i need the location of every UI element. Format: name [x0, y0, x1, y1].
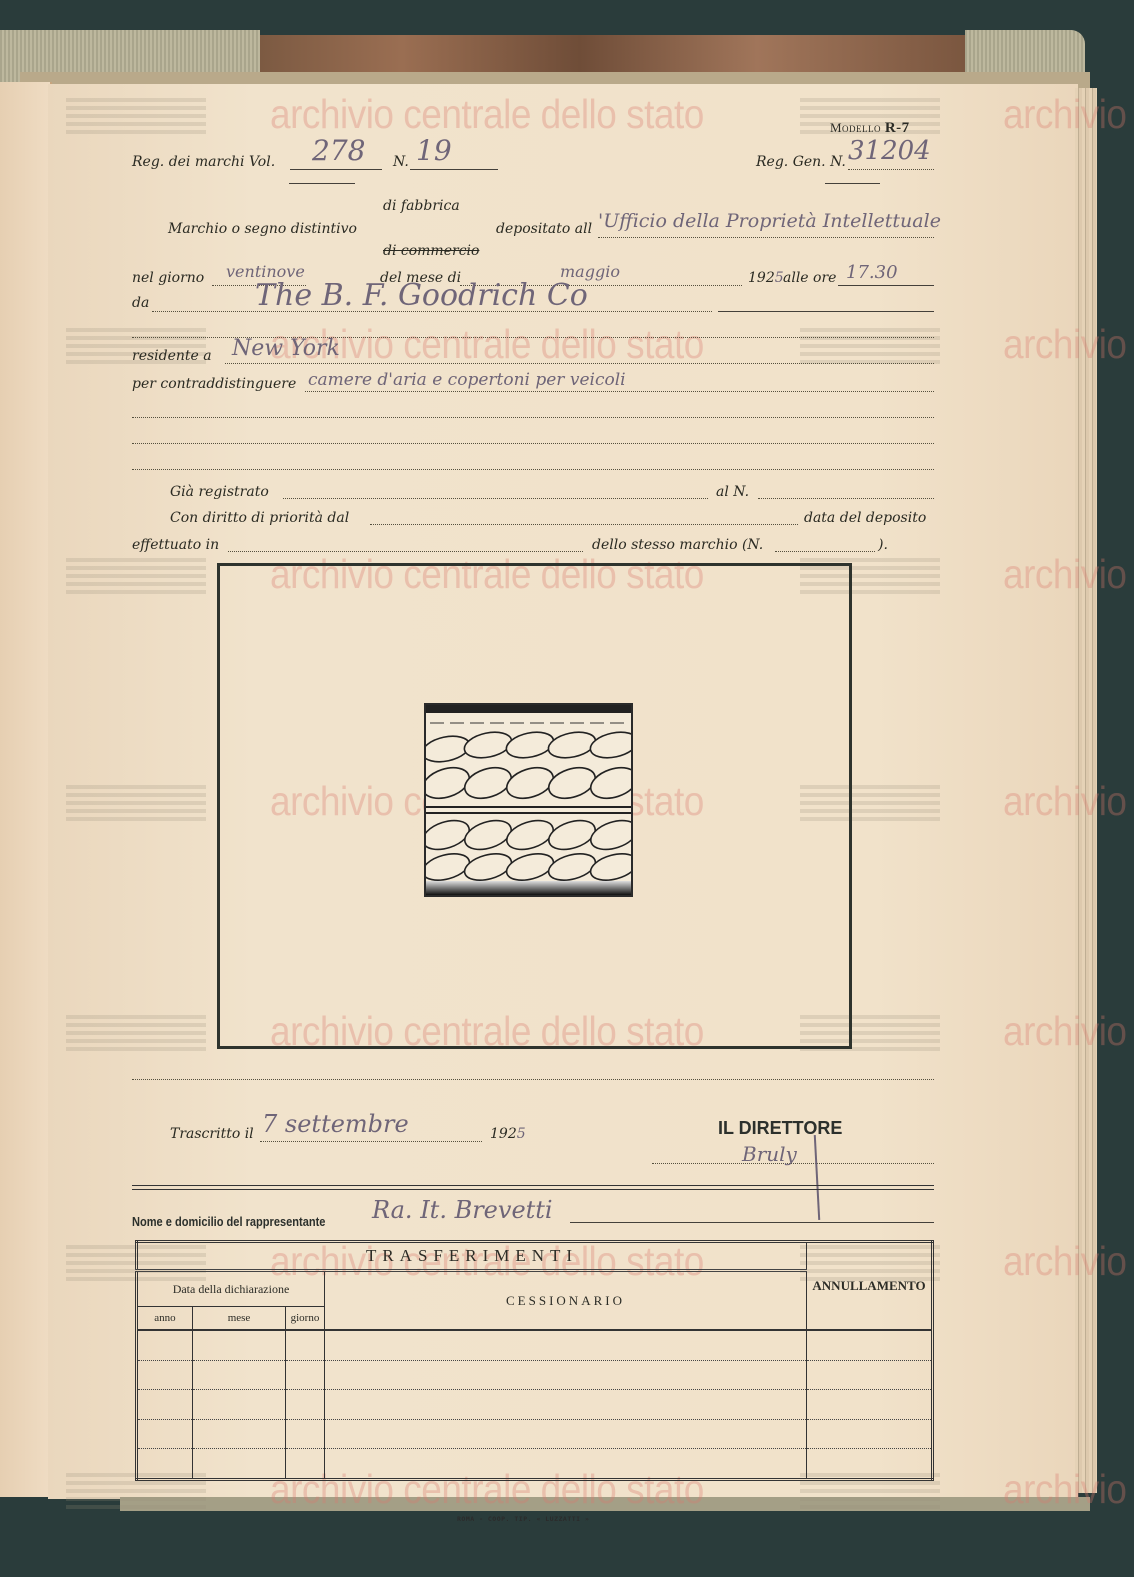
- stesso-marchio-label: dello stesso marchio (N.: [592, 537, 763, 553]
- cell-anno[interactable]: [137, 1360, 193, 1390]
- cell-annullamento[interactable]: [807, 1360, 933, 1390]
- per-label: per contraddistinguere: [132, 376, 296, 392]
- blank-line: [132, 442, 934, 444]
- transfers-title: TRASFERIMENTI: [137, 1242, 807, 1271]
- col-anno: anno: [137, 1307, 193, 1331]
- table-row: [137, 1390, 933, 1420]
- blank-line: [132, 1078, 934, 1080]
- vol-value: 278: [312, 134, 365, 167]
- tire-tread-icon: [426, 705, 631, 895]
- priorita-line: [370, 523, 798, 525]
- cell-annullamento[interactable]: [807, 1330, 933, 1360]
- watermark-text-partial: archivio: [1003, 779, 1127, 825]
- blank-line: [132, 416, 934, 418]
- watermark-logo: [66, 785, 206, 825]
- watermark-text-partial: archivio: [1003, 1467, 1127, 1513]
- watermark-text-partial: archivio: [1003, 552, 1127, 598]
- cell-annullamento[interactable]: [807, 1390, 933, 1420]
- col-giorno: giorno: [286, 1307, 325, 1331]
- close-paren: ).: [878, 537, 888, 553]
- cell-annullamento[interactable]: [807, 1449, 933, 1480]
- watermark-logo: [66, 98, 206, 138]
- rappresentante-line: [570, 1221, 934, 1223]
- watermark-text-partial: archivio: [1003, 1009, 1127, 1055]
- trascritto-label: Trascritto il: [170, 1126, 254, 1142]
- cell-mese[interactable]: [193, 1419, 286, 1449]
- watermark-text-partial: archivio: [1003, 1239, 1127, 1285]
- al-n-line: [758, 497, 934, 499]
- cell-giorno[interactable]: [286, 1330, 325, 1360]
- direttore-label: IL DIRETTORE: [718, 1118, 842, 1139]
- rappresentante-label: Nome e domicilio del rappresentante: [132, 1214, 325, 1229]
- priorita-label: Con diritto di priorità dal: [170, 510, 349, 526]
- printer-imprint: ROMA - COOP. TIP. « LUZZATTI »: [457, 1515, 589, 1523]
- depositato-line: [598, 236, 934, 238]
- direttore-signature: Bruly: [742, 1142, 797, 1166]
- residente-value: New York: [232, 336, 340, 361]
- left-page-edge: [0, 82, 52, 1497]
- depositato-label: depositato all: [496, 221, 592, 237]
- cessionario-header: CESSIONARIO: [325, 1271, 807, 1331]
- cell-giorno[interactable]: [286, 1390, 325, 1420]
- watermark-logo: [66, 558, 206, 598]
- vol-line: [290, 168, 382, 170]
- data-dichiarazione-header: Data della dichiarazione: [137, 1271, 325, 1307]
- da-value: The B. F. Goodrich Co: [255, 278, 588, 313]
- trademark-image-tire-tread: [424, 703, 633, 897]
- trascritto-line: [260, 1140, 482, 1142]
- table-row: [137, 1419, 933, 1449]
- effettuato-line: [228, 550, 583, 552]
- blank-line: [132, 468, 934, 470]
- cell-mese[interactable]: [193, 1449, 286, 1480]
- marchio-label: Marchio o segno distintivo: [168, 221, 357, 237]
- gia-registrato-line: [283, 497, 708, 499]
- rappresentante-value: Ra. It. Brevetti: [372, 1196, 553, 1224]
- reg-marchi-label: Reg. dei marchi Vol.: [132, 154, 275, 170]
- cell-anno[interactable]: [137, 1449, 193, 1480]
- type-fabbrica: di fabbrica: [383, 198, 460, 214]
- trascritto-anno: 1925: [490, 1126, 526, 1142]
- residente-label: residente a: [132, 348, 212, 364]
- n-label: N.: [393, 154, 409, 170]
- cell-mese[interactable]: [193, 1390, 286, 1420]
- watermark-logo: [66, 1015, 206, 1055]
- data-deposito-label: data del deposito: [804, 510, 926, 526]
- watermark-text: archivio centrale dello stato: [270, 92, 704, 138]
- da-label: da: [132, 295, 149, 311]
- n-value: 19: [416, 134, 452, 167]
- cell-mese[interactable]: [193, 1330, 286, 1360]
- da-line-end: [718, 310, 934, 312]
- ore-line: [838, 284, 934, 286]
- cell-mese[interactable]: [193, 1360, 286, 1390]
- vol-underline: [289, 182, 355, 184]
- effettuato-label: effettuato in: [132, 537, 219, 553]
- cell-annullamento[interactable]: [807, 1419, 933, 1449]
- cell-anno[interactable]: [137, 1419, 193, 1449]
- ore-label: alle ore: [783, 270, 836, 286]
- residente-line: [225, 362, 934, 364]
- reg-gen-label: Reg. Gen. N.: [756, 154, 846, 170]
- cell-anno[interactable]: [137, 1330, 193, 1360]
- cell-giorno[interactable]: [286, 1419, 325, 1449]
- cell-giorno[interactable]: [286, 1449, 325, 1480]
- n-line: [410, 168, 498, 170]
- per-value: camere d'aria e copertoni per veicoli: [308, 370, 626, 390]
- col-mese: mese: [193, 1307, 286, 1331]
- trascritto-value: 7 settembre: [262, 1110, 409, 1138]
- gia-registrato-label: Già registrato: [170, 484, 269, 500]
- type-commercio-struck: di commercio: [383, 243, 479, 259]
- al-n-label: al N.: [716, 484, 749, 500]
- trascritto-anno-digit: 5: [517, 1126, 526, 1142]
- cell-cessionario[interactable]: [325, 1390, 807, 1420]
- modello-code: R-7: [885, 120, 910, 136]
- stesso-marchio-line: [775, 550, 875, 552]
- giorno-label: nel giorno: [132, 270, 204, 286]
- modello-label: Modello R-7: [830, 120, 910, 137]
- annullamento-header: ANNULLAMENTO: [807, 1242, 933, 1331]
- table-row: [137, 1449, 933, 1480]
- ore-value: 17.30: [846, 262, 898, 283]
- transfers-table: TRASFERIMENTI ANNULLAMENTO Data della di…: [135, 1240, 934, 1481]
- cell-cessionario[interactable]: [325, 1360, 807, 1390]
- table-row: [137, 1360, 933, 1390]
- cell-cessionario[interactable]: [325, 1419, 807, 1449]
- anno-label: 1925: [748, 270, 784, 286]
- reg-gen-underline: [825, 182, 880, 184]
- per-line: [305, 390, 934, 392]
- cell-cessionario[interactable]: [325, 1449, 807, 1480]
- cell-anno[interactable]: [137, 1390, 193, 1420]
- reg-gen-value: 31204: [848, 136, 931, 166]
- reg-gen-line: [848, 168, 934, 170]
- section-divider: [132, 1185, 934, 1190]
- depositato-value: 'Ufficio della Proprietà Intellettuale: [598, 210, 941, 232]
- watermark-text-partial: archivio: [1003, 92, 1127, 138]
- cell-cessionario[interactable]: [325, 1330, 807, 1360]
- watermark-text-partial: archivio: [1003, 322, 1127, 368]
- table-row: [137, 1330, 933, 1360]
- cell-giorno[interactable]: [286, 1360, 325, 1390]
